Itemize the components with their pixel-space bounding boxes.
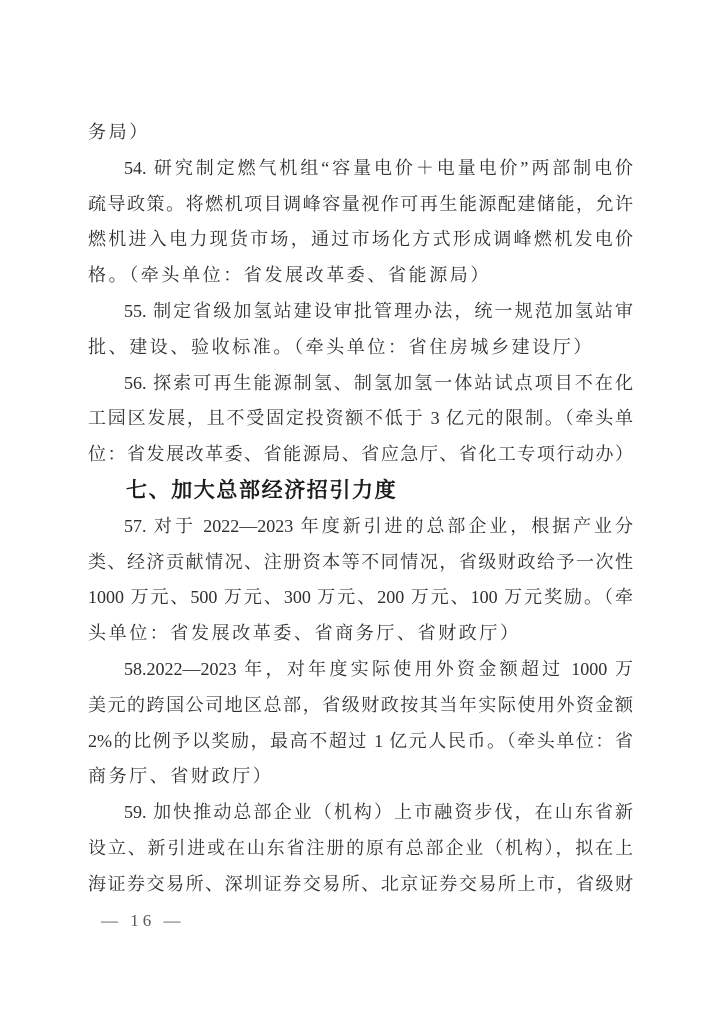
line-item-57-4: 头单位：省发展改革委、省商务厅、省财政厅） bbox=[88, 616, 633, 652]
line-item-57-2: 类、经济贡献情况、注册资本等不同情况，省级财政给予一次性 bbox=[88, 545, 633, 581]
line-item-54-4: 格。（牵头单位：省发展改革委、省能源局） bbox=[88, 258, 633, 294]
document-body: 务局） 54. 研究制定燃气机组“容量电价＋电量电价”两部制电价 疏导政策。将燃… bbox=[88, 115, 633, 938]
line-item-57-3: 1000 万元、500 万元、300 万元、200 万元、100 万元奖励。（牵 bbox=[88, 580, 633, 616]
line-item-58-2: 美元的跨国公司地区总部，省级财政按其当年实际使用外资金额 bbox=[88, 688, 633, 724]
line-continuation-item-53: 务局） bbox=[88, 115, 633, 151]
section-heading-7: 七、加大总部经济招引力度 bbox=[88, 473, 633, 509]
line-item-56-3: 位：省发展改革委、省能源局、省应急厅、省化工专项行动办） bbox=[88, 437, 633, 473]
line-item-59-1: 59. 加快推动总部企业（机构）上市融资步伐，在山东省新 bbox=[88, 795, 633, 831]
line-item-54-1: 54. 研究制定燃气机组“容量电价＋电量电价”两部制电价 bbox=[88, 151, 633, 187]
line-item-58-1: 58.2022—2023 年，对年度实际使用外资金额超过 1000 万 bbox=[88, 652, 633, 688]
line-item-56-2: 工园区发展，且不受固定投资额不低于 3 亿元的限制。（牵头单 bbox=[88, 401, 633, 437]
line-item-56-1: 56. 探索可再生能源制氢、制氢加氢一体站试点项目不在化 bbox=[88, 366, 633, 402]
line-item-59-2: 设立、新引进或在山东省注册的原有总部企业（机构），拟在上 bbox=[88, 831, 633, 867]
line-item-59-3: 海证券交易所、深圳证券交易所、北京证券交易所上市，省级财 bbox=[88, 867, 633, 903]
document-page: 务局） 54. 研究制定燃气机组“容量电价＋电量电价”两部制电价 疏导政策。将燃… bbox=[0, 0, 724, 1024]
line-item-58-4: 商务厅、省财政厅） bbox=[88, 759, 633, 795]
page-number: — 16 — bbox=[88, 903, 633, 939]
line-item-54-2: 疏导政策。将燃机项目调峰容量视作可再生能源配建储能，允许 bbox=[88, 187, 633, 223]
line-item-55-2: 批、建设、验收标准。（牵头单位：省住房城乡建设厅） bbox=[88, 330, 633, 366]
line-item-55-1: 55. 制定省级加氢站建设审批管理办法，统一规范加氢站审 bbox=[88, 294, 633, 330]
line-item-58-3: 2%的比例予以奖励，最高不超过 1 亿元人民币。（牵头单位：省 bbox=[88, 724, 633, 760]
line-item-57-1: 57. 对于 2022—2023 年度新引进的总部企业，根据产业分 bbox=[88, 509, 633, 545]
line-item-54-3: 燃机进入电力现货市场，通过市场化方式形成调峰燃机发电价 bbox=[88, 222, 633, 258]
